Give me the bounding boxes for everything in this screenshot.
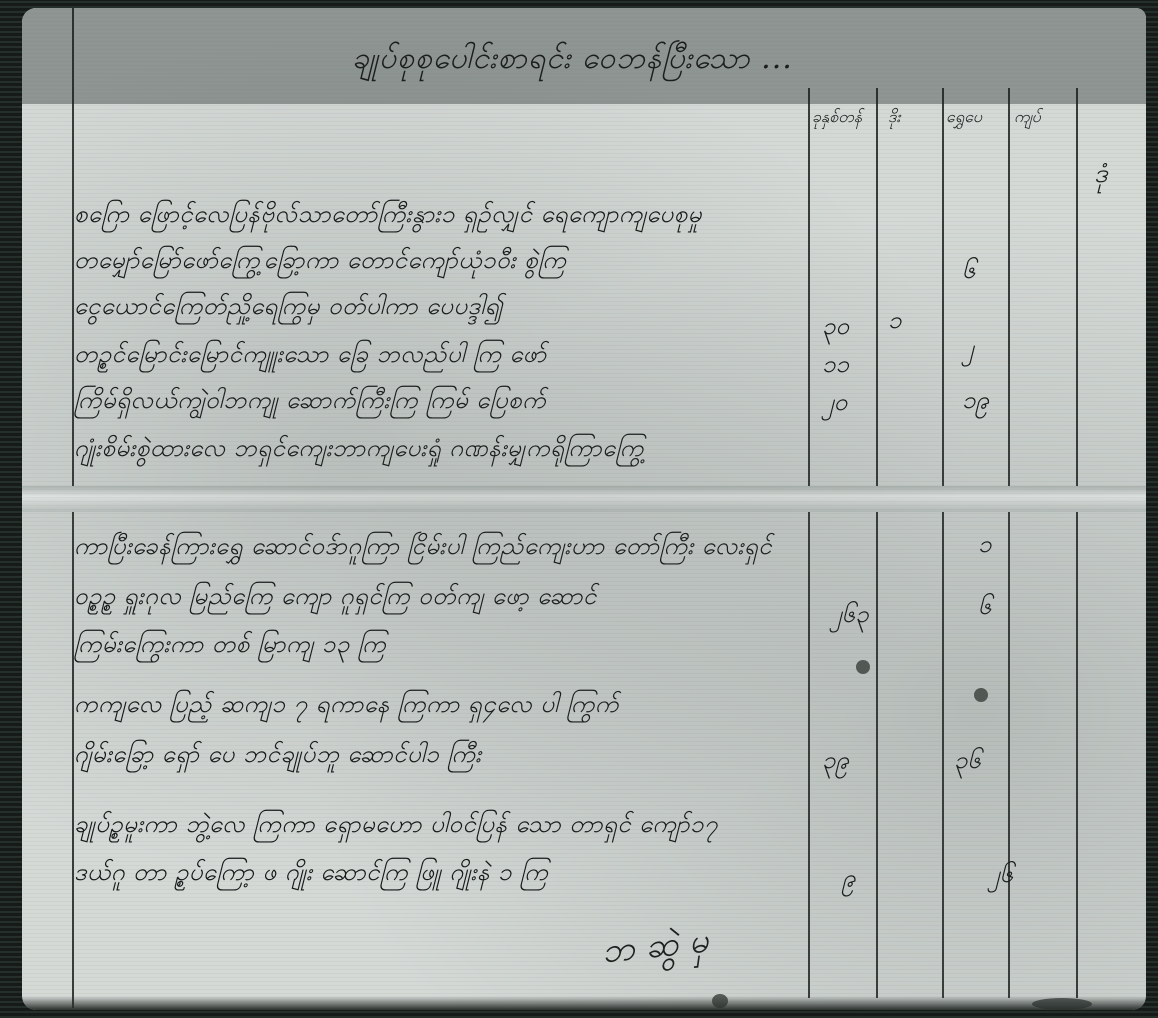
margin-note: ဒုံ <box>1094 156 1108 195</box>
text-line: ကြိမ်ရှိလယ်ကျွဲဝါဘကျု ဆောက်ကြီးကြ ကြမ် ပ… <box>74 384 814 420</box>
signature: ဘ ဆွဲ မှ <box>600 918 711 980</box>
text-line: ဝဥ္စဥ္စ ရှူးဂုလ မြည်ကြေ ကျော ဂူရှင်ကြ ဝတ… <box>74 580 814 616</box>
text-line: ကကျလေ ပြည့် ဆကျ၁ ၇ ရကာနေ ကြကာ ရှ၄လေ ပါ က… <box>74 688 814 724</box>
page-title: ချုပ်စုစုပေါင်းစာရင်း ဝေဘန်ပြီးသော ... <box>352 38 1112 83</box>
text-line: တဥ္စင်မြောင်းမြောင်ကျူးသော ခြေ ဘလည်ပါ ကြ… <box>74 338 814 374</box>
text-line: စဂြော ဖြောင့်လေပြန်ဗိုလ်သာတော်ကြီးနွား၁ … <box>74 198 814 234</box>
page-fold <box>22 486 1146 512</box>
column-header-1: ခုနှစ်တန် <box>812 106 862 130</box>
text-line: ကြမ်းကြွေးကာ တစ် မြာကျ ၁၃ ကြ <box>74 628 814 664</box>
ledger-value: ၁ <box>888 304 902 340</box>
column-rule-5 <box>1076 88 1078 998</box>
column-rule-2 <box>876 88 878 998</box>
text-line: တမျှော်မြော်ဖော်ကြွေ့ခြော့ကာ တောင်ကျော်ယ… <box>74 244 814 280</box>
text-line: ဂျုံးစိမ်းစွဲထားလေ ဘရှင်ကျေးဘာကျပေးရှုံ … <box>74 432 814 468</box>
column-header-2: ဒိုး <box>888 106 900 130</box>
ledger-value: ၆ <box>962 254 976 290</box>
ledger-value: ၃၉ <box>822 744 849 780</box>
ledger-value: ၁၁ <box>822 348 849 384</box>
page-bottom-edge <box>22 996 1146 1010</box>
ledger-value: ၂ <box>962 332 974 368</box>
text-line: ကာပြီးခေန်ကြားရွှေ ဆောင်ဝဒ်ာဂူကြာ ငြိမ်း… <box>74 530 814 566</box>
column-rule-3 <box>942 88 944 998</box>
ledger-value: ၂၆၃ <box>830 598 869 634</box>
text-line: ချုပ်ဥ္စမူးကာ ဘွဲ့လေ ကြကာ ရှောမဟော ပါဝင်… <box>74 808 814 844</box>
ledger-value: ၂၀ <box>822 386 847 422</box>
ledger-value: ၁၉ <box>962 384 989 420</box>
ledger-value: ၃၀ <box>822 310 849 346</box>
text-line: ဂျိမ်းခြော့ ရှော် ပေ ဘင်ချုပ်ဘူ ဆောင်ပါ၁… <box>74 738 814 774</box>
column-header-3: ရွှေပေ <box>946 106 982 130</box>
ledger-value: ၂၆ <box>988 858 1013 894</box>
ledger-value: ၉ <box>842 862 856 898</box>
ink-blot <box>856 660 870 674</box>
ink-blot <box>974 688 988 702</box>
ledger-value: ၁ <box>978 528 992 564</box>
text-line: ဒယ်ဂူ တာ ဥ္စပ်ကြော့ ဖ ဂျိုး ဆောင်ကြ ဖြူ … <box>74 856 814 892</box>
text-line: ငွေယောင်ကြေတ်ညှို့ရေကြွမှ ဝတ်ပါကာ ပေပဒ္ဒ… <box>74 290 814 326</box>
manuscript-page: ချုပ်စုစုပေါင်းစာရင်း ဝေဘန်ပြီးသော ... ခ… <box>22 8 1146 1010</box>
ledger-value: ၃၆ <box>954 744 981 780</box>
ledger-value: ၆ <box>978 590 992 626</box>
column-header-4: ကျပ် <box>1014 106 1041 130</box>
